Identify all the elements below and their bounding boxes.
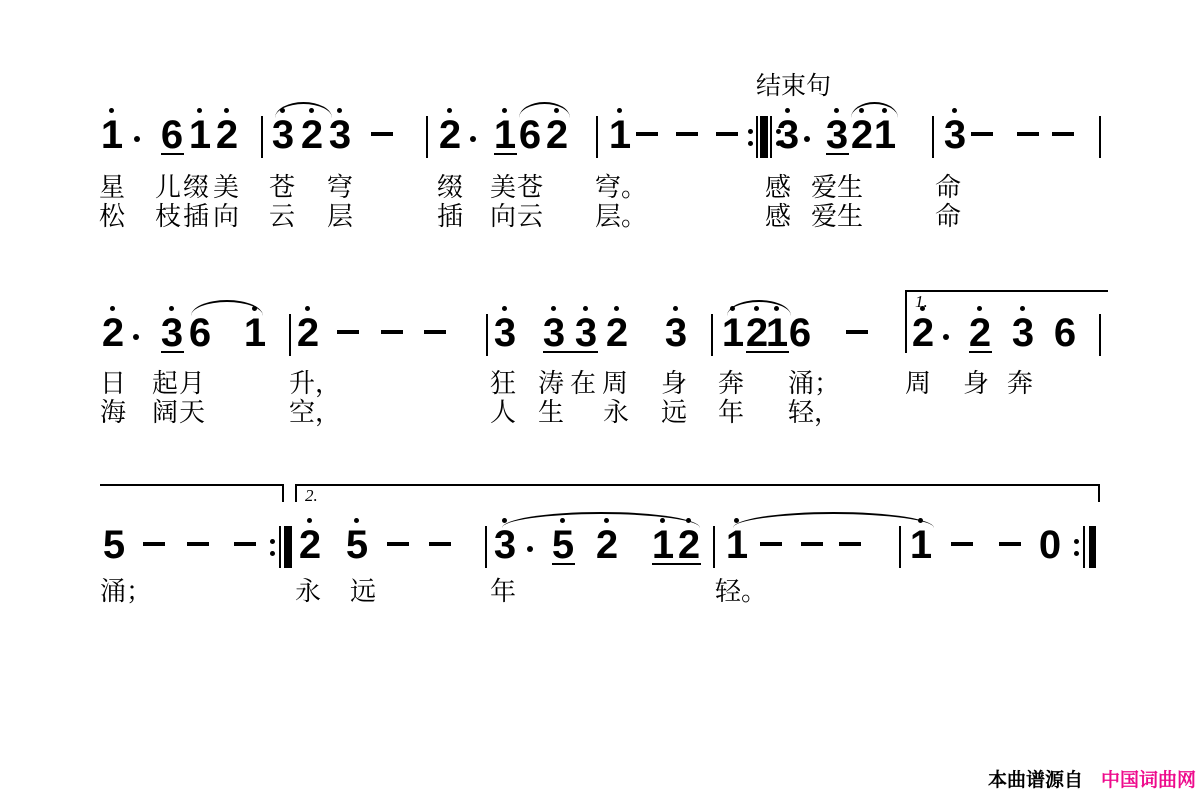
barline [486,314,488,356]
note-digit: 1 [721,313,745,353]
lyric-syllable: 生 [837,174,863,201]
note-digit: 2 [298,525,322,565]
duration-dash [636,132,658,136]
note-digit: 1 [493,115,517,155]
repeat-dot [270,551,275,556]
note-digit: 2 [438,115,462,155]
barline [711,314,713,356]
underline [161,351,184,353]
barline [289,314,291,356]
note-digit: 0 [1038,525,1062,565]
lyric-syllable: 枝 [155,203,181,230]
lyric-syllable: 海 [100,399,126,426]
lyric-syllable: 向 [490,203,516,230]
duration-dash [337,330,359,334]
repeat-barline [770,116,772,158]
octave-dot [109,108,114,113]
duration-dash [1017,132,1039,136]
lyric-syllable: 永 [295,578,321,605]
note-digit: 3 [160,313,184,353]
lyric-syllable: 穹。 [595,174,647,201]
duration-dash [371,132,393,136]
lyric-syllable: 爱 [811,203,837,230]
lyric-syllable: 苍 [517,174,543,201]
lyric-syllable: 插 [183,203,209,230]
lyric-syllable: 人 [490,399,516,426]
lyric-syllable: 层 [327,203,353,230]
lyric-syllable: 云 [269,203,295,230]
lyric-syllable: 缀 [437,174,463,201]
duration-dash [676,132,698,136]
note-digit: 6 [188,313,212,353]
note-digit: 3 [493,525,517,565]
augmentation-dot [134,136,140,142]
duration-dash [429,542,451,546]
lyric-syllable: 缀 [183,174,209,201]
octave-dot [834,108,839,113]
slur [727,300,791,316]
barline [1099,314,1101,356]
repeat-dot [1074,551,1079,556]
underline [826,153,849,155]
lyric-syllable: 升， [289,370,341,397]
lyric-syllable: 年 [718,399,744,426]
octave-dot [977,306,982,311]
underline [161,153,184,155]
note-digit: 2 [605,313,629,353]
duration-dash [971,132,993,136]
lyric-syllable: 轻。 [715,578,767,605]
note-digit: 5 [102,525,126,565]
lyric-syllable: 奔 [1007,370,1033,397]
watermark-prefix: 本曲谱源自 [988,770,1083,791]
underline [969,351,992,353]
lyric-syllable: 美 [490,174,516,201]
duration-dash [999,542,1021,546]
lyric-syllable: 向 [213,203,239,230]
lyric-syllable: 远 [661,399,687,426]
note-digit: 2 [300,115,324,155]
lyric-syllable: 儿 [155,174,181,201]
note-digit: 2 [215,115,239,155]
repeat-barline [1089,526,1096,568]
note-digit: 6 [518,115,542,155]
lyric-syllable: 在 [570,370,596,397]
note-digit: 3 [493,313,517,353]
octave-dot [952,108,957,113]
duration-dash [1052,132,1074,136]
lyric-syllable: 身 [963,370,989,397]
note-digit: 2 [968,313,992,353]
lyric-syllable: 永 [603,399,629,426]
lyric-syllable: 起 [152,370,178,397]
lyric-syllable: 奔 [718,370,744,397]
octave-dot [583,306,588,311]
octave-dot [354,518,359,523]
octave-dot [169,306,174,311]
barline [426,116,428,158]
lyric-syllable: 月 [179,370,205,397]
lyric-syllable: 命 [935,174,961,201]
underline [746,351,789,353]
octave-dot [197,108,202,113]
note-digit: 3 [664,313,688,353]
lyric-syllable: 感 [765,203,791,230]
note-digit: 3 [271,115,295,155]
note-digit: 2 [850,115,874,155]
duration-dash [846,330,868,334]
repeat-barline [284,526,292,568]
note-digit: 3 [542,313,566,353]
slur [733,512,934,528]
barline [932,116,934,158]
duration-dash [716,132,738,136]
lyric-syllable: 松 [99,203,125,230]
note-digit: 6 [160,115,184,155]
duration-dash [187,542,209,546]
lyric-syllable: 生 [538,399,564,426]
repeat-dot [748,129,753,134]
note-digit: 3 [776,115,800,155]
note-digit: 3 [1011,313,1035,353]
barline [713,526,715,568]
repeat-dot [1074,539,1079,544]
lyric-syllable: 空， [289,399,341,426]
note-digit: 6 [788,313,812,353]
lyric-syllable: 天 [179,399,205,426]
octave-dot [337,108,342,113]
note-digit: 1 [873,115,897,155]
note-digit: 3 [328,115,352,155]
lyric-syllable: 层。 [595,203,647,230]
note-digit: 1 [243,313,267,353]
lyric-syllable: 穹 [327,174,353,201]
repeat-barline [756,116,758,158]
slur [502,512,700,528]
underline [543,351,598,353]
barline [485,526,487,568]
note-digit: 2 [545,115,569,155]
underline [652,563,701,565]
slur [191,300,263,316]
volta-label: 2. [305,487,318,505]
note-digit: 6 [1053,313,1077,353]
barline [1099,116,1101,158]
barline [596,116,598,158]
note-digit: 1 [651,525,675,565]
augmentation-dot [470,136,476,142]
repeat-barline [279,526,281,568]
augmentation-dot [943,334,949,340]
lyric-syllable: 远 [350,578,376,605]
octave-dot [617,108,622,113]
lyric-syllable: 美 [213,174,239,201]
octave-dot [307,518,312,523]
note-digit: 3 [574,313,598,353]
sheet-music-page: 结束句 16123232162133213星儿缀美苍穹缀美苍穹。感爱生命松枝插向… [0,0,1200,797]
slur [851,102,898,118]
octave-dot [551,306,556,311]
lyric-syllable: 周 [905,370,931,397]
note-digit: 5 [551,525,575,565]
augmentation-dot [133,334,139,340]
watermark: 本曲谱源自中国词曲网 [988,770,1196,792]
note-digit: 1 [608,115,632,155]
octave-dot [502,108,507,113]
section-label: 结束句 [756,74,831,100]
octave-dot [224,108,229,113]
barline [899,526,901,568]
octave-dot [447,108,452,113]
lyric-syllable: 身 [661,370,687,397]
watermark-site-link[interactable]: 中国词曲网 [1101,770,1196,791]
lyric-syllable: 周 [602,370,628,397]
lyric-syllable: 日 [100,370,126,397]
underline [494,153,517,155]
duration-dash [951,542,973,546]
augmentation-dot [804,136,810,142]
note-digit: 2 [595,525,619,565]
barline [261,116,263,158]
octave-dot [614,306,619,311]
note-digit: 1 [725,525,749,565]
duration-dash [801,542,823,546]
lyric-syllable: 阔 [152,399,178,426]
octave-dot [920,306,925,311]
slur [519,102,570,118]
lyric-syllable: 轻， [788,399,840,426]
note-digit: 5 [345,525,369,565]
lyric-syllable: 苍 [269,174,295,201]
volta-continuation-bracket [100,484,284,502]
duration-dash [387,542,409,546]
lyric-syllable: 涛 [538,370,564,397]
note-digit: 3 [943,115,967,155]
duration-dash [381,330,403,334]
duration-dash [143,542,165,546]
octave-dot [110,306,115,311]
duration-dash [234,542,256,546]
lyric-syllable: 命 [935,203,961,230]
duration-dash [424,330,446,334]
octave-dot [673,306,678,311]
note-digit: 1 [765,313,789,353]
duration-dash [760,542,782,546]
note-digit: 1 [100,115,124,155]
note-digit: 2 [677,525,701,565]
lyric-syllable: 星 [99,174,125,201]
note-digit: 2 [296,313,320,353]
lyric-syllable: 爱 [811,174,837,201]
volta-bracket [905,290,1108,353]
note-digit: 1 [188,115,212,155]
note-digit: 3 [825,115,849,155]
volta-bracket [295,484,1100,502]
note-digit: 2 [911,313,935,353]
octave-dot [502,306,507,311]
lyric-syllable: 感 [765,174,791,201]
lyric-syllable: 涌； [788,370,840,397]
underline [552,563,575,565]
octave-dot [785,108,790,113]
octave-dot [305,306,310,311]
repeat-dot [748,141,753,146]
lyric-syllable: 生 [837,203,863,230]
lyric-syllable: 云 [517,203,543,230]
lyric-syllable: 插 [437,203,463,230]
repeat-dot [270,539,275,544]
note-digit: 2 [101,313,125,353]
repeat-barline [1083,526,1085,568]
lyric-syllable: 涌； [100,578,152,605]
lyric-syllable: 年 [490,578,516,605]
duration-dash [839,542,861,546]
augmentation-dot [527,546,533,552]
note-digit: 1 [909,525,933,565]
slur [275,102,332,118]
repeat-barline [760,116,768,158]
octave-dot [1020,306,1025,311]
lyric-syllable: 狂 [490,370,516,397]
